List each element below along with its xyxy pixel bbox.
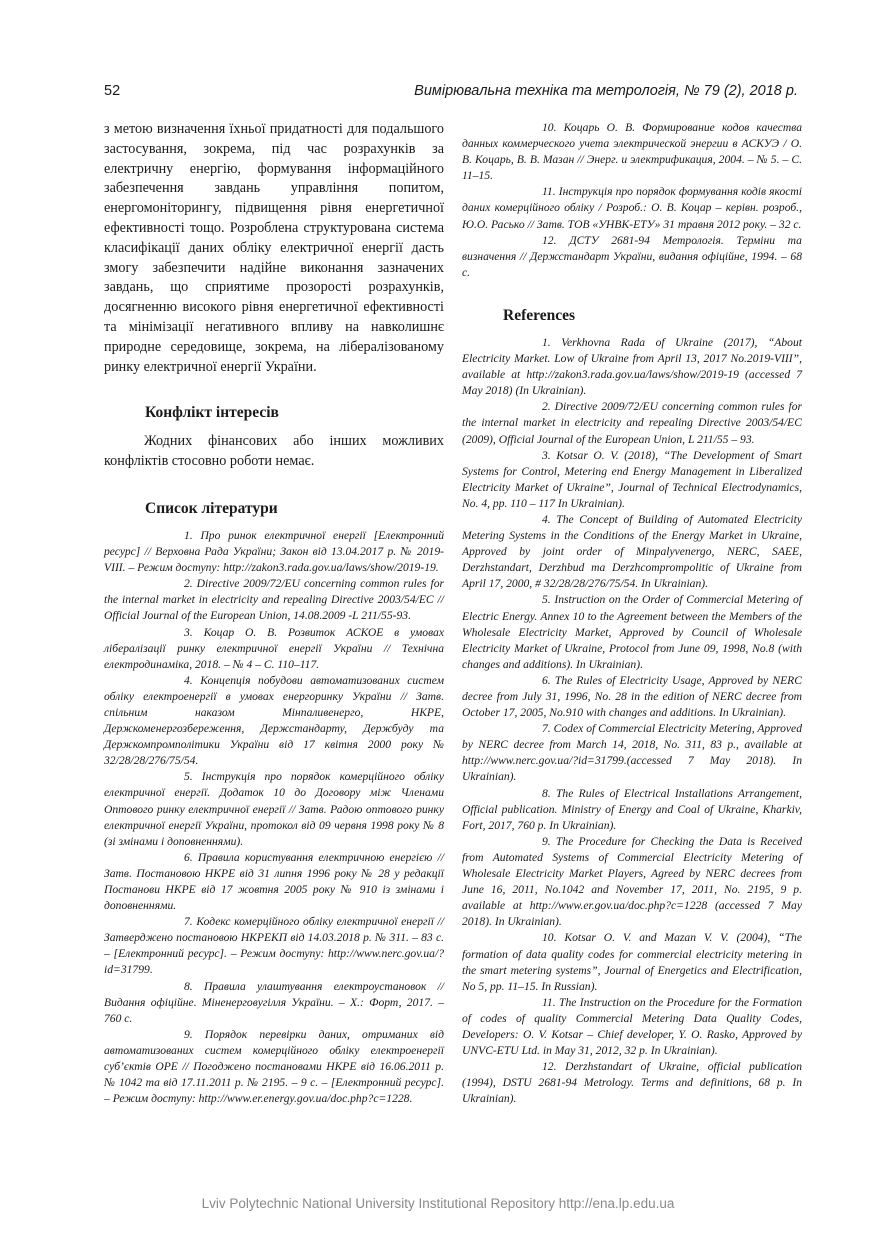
- references-heading-en: References: [462, 307, 802, 325]
- conflict-text: Жодних фінансових або інших можливих кон…: [104, 432, 444, 472]
- reference-item: 2. Directive 2009/72/EU concerning commo…: [104, 576, 444, 624]
- reference-item: 6. The Rules of Electricity Usage, Appro…: [462, 673, 802, 721]
- reference-item: 3. Kotsar O. V. (2018), “The Development…: [462, 448, 802, 512]
- reference-item: 12. Derzhstandart of Ukraine, official p…: [462, 1059, 802, 1107]
- reference-item: 1. Про ринок електричної енергії [Електр…: [104, 528, 444, 576]
- reference-item: 8. The Rules of Electrical Installations…: [462, 786, 802, 834]
- left-column: з метою визначення їхньої придатності дл…: [104, 120, 444, 1107]
- running-header: 52 Вимірювальна техніка та метрологія, №…: [104, 83, 798, 103]
- reference-item: 7. Кодекс комерційного обліку електрично…: [104, 914, 444, 978]
- reference-item: 3. Коцар О. В. Розвиток АСКОЕ в умовах л…: [104, 625, 444, 673]
- reference-item: 5. Інструкція про порядок комерційного о…: [104, 769, 444, 849]
- reference-item: 1. Verkhovna Rada of Ukraine (2017), “Ab…: [462, 335, 802, 399]
- reference-item: 7. Codex of Commercial Electricity Meter…: [462, 721, 802, 785]
- reference-item: 11. The Instruction on the Procedure for…: [462, 995, 802, 1059]
- reference-item: 4. Концепція побудови автоматизованих си…: [104, 673, 444, 770]
- intro-paragraph: з метою визначення їхньої придатності дл…: [104, 120, 444, 377]
- right-column: 10. Коцарь О. В. Формирование кодов каче…: [462, 120, 802, 1107]
- reference-item: 12. ДСТУ 2681-94 Метрологія. Терміни та …: [462, 233, 802, 281]
- reference-item: 9. The Procedure for Checking the Data i…: [462, 834, 802, 931]
- reference-item: 9. Порядок перевірки даних, отриманих ві…: [104, 1027, 444, 1107]
- references-list-ua: 1. Про ринок електричної енергії [Електр…: [104, 528, 444, 1107]
- journal-title: Вимірювальна техніка та метрологія, № 79…: [414, 83, 798, 99]
- reference-item: 11. Інструкція про порядок формування ко…: [462, 184, 802, 232]
- reference-item: 8. Правила улаштування електроустановок …: [104, 979, 444, 1027]
- repository-footer: Lviv Polytechnic National University Ins…: [0, 1196, 876, 1211]
- references-heading-ua: Список літератури: [104, 500, 444, 518]
- reference-item: 5. Instruction on the Order of Commercia…: [462, 592, 802, 672]
- page-number: 52: [104, 83, 120, 99]
- reference-item: 4. The Concept of Building of Automated …: [462, 512, 802, 592]
- reference-item: 6. Правила користування електричною енер…: [104, 850, 444, 914]
- references-list-en: 1. Verkhovna Rada of Ukraine (2017), “Ab…: [462, 335, 802, 1108]
- conflict-heading: Конфлікт інтересів: [104, 404, 444, 422]
- reference-item: 2. Directive 2009/72/EU concerning commo…: [462, 399, 802, 447]
- reference-item: 10. Коцарь О. В. Формирование кодов каче…: [462, 120, 802, 184]
- reference-item: 10. Kotsar O. V. and Mazan V. V. (2004),…: [462, 930, 802, 994]
- references-list-ua-continued: 10. Коцарь О. В. Формирование кодов каче…: [462, 120, 802, 281]
